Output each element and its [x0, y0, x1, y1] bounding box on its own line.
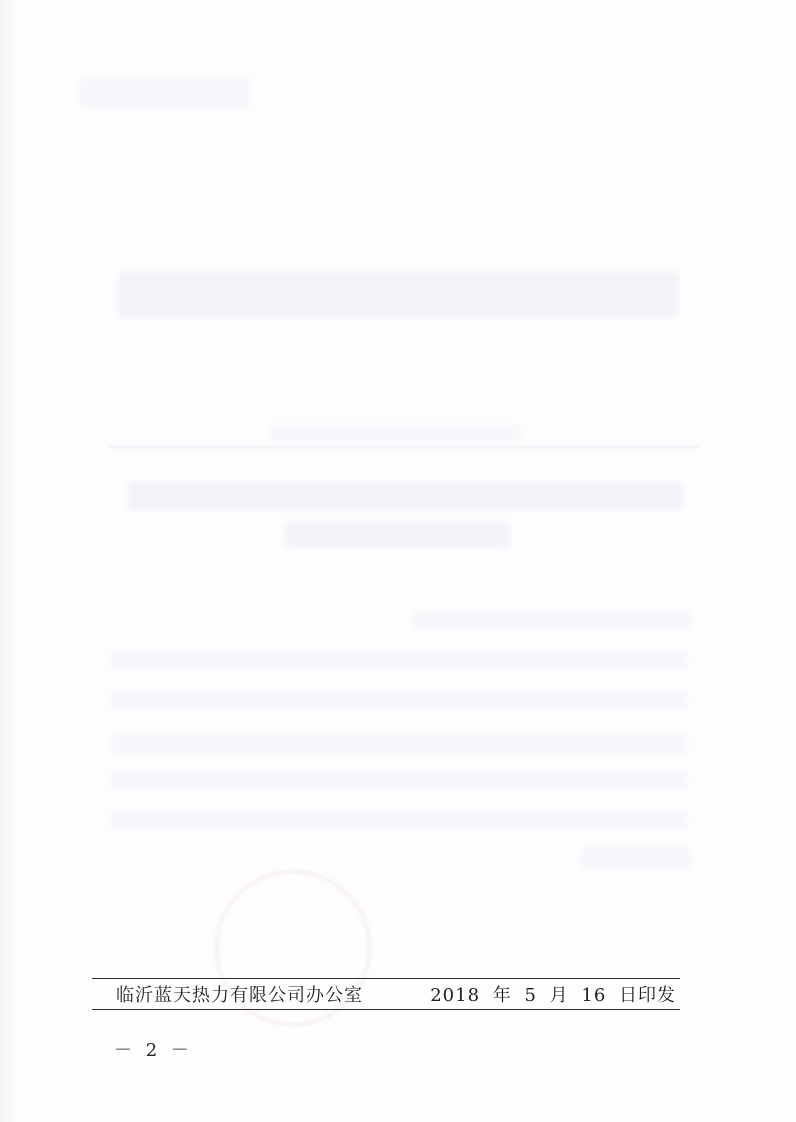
page-number: － 2 －	[114, 1036, 189, 1062]
ghost-body-line	[112, 735, 687, 755]
ghost-logo	[80, 78, 250, 108]
ghost-body-line	[112, 770, 687, 790]
ghost-body-line	[580, 848, 692, 868]
imprint-bottom-rule	[92, 1009, 680, 1010]
ghost-letterhead-title	[118, 272, 678, 318]
page-edge-shadow	[0, 0, 22, 1122]
ghost-doc-number	[270, 425, 520, 441]
ghost-body-line	[112, 810, 687, 830]
ghost-red-rule	[110, 446, 700, 448]
ghost-salutation	[412, 612, 692, 630]
ghost-body-line	[112, 690, 687, 710]
ghost-heading-line-2	[285, 522, 510, 548]
imprint-top-rule	[92, 978, 680, 979]
ghost-heading-line-1	[128, 482, 683, 510]
issue-date: 2018 年 5 月 16 日印发	[430, 981, 676, 1007]
issuing-office: 临沂蓝天热力有限公司办公室	[116, 981, 363, 1007]
ghost-body-line	[112, 650, 687, 670]
imprint-block: 临沂蓝天热力有限公司办公室 2018 年 5 月 16 日印发	[116, 980, 676, 1008]
